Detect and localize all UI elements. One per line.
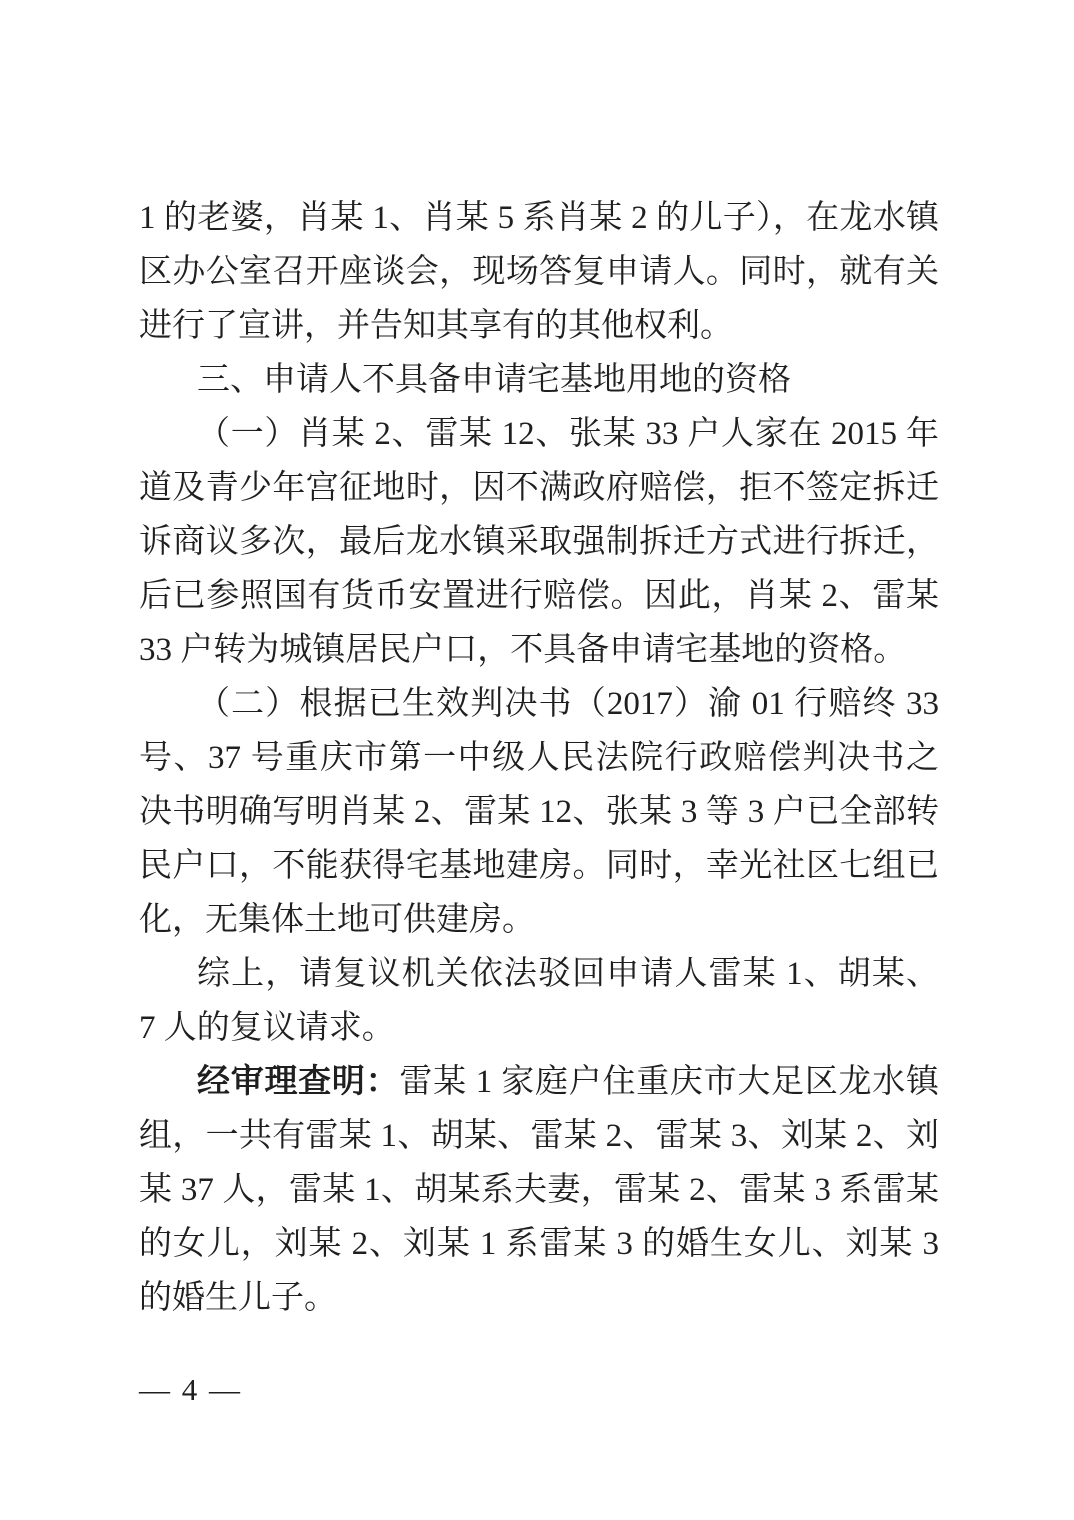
- text-line: 的婚生儿子。: [139, 1271, 939, 1325]
- page-number: — 4 —: [139, 1368, 242, 1412]
- text-line: 进行了宣讲，并告知其享有的其他权利。: [139, 299, 939, 353]
- text-line: 组，一共有雷某 1、胡某、雷某 2、雷某 3、刘某 2、刘某 1、刘: [139, 1109, 939, 1163]
- text-line: （二）根据已生效判决书（2017）渝 01 行赔终 33 号、36: [139, 677, 939, 731]
- text-line: 的女儿，刘某 2、刘某 1 系雷某 3 的婚生女儿、刘某 3 系雷某 3: [139, 1217, 939, 1271]
- text-line: 道及青少年宫征地时，因不满政府赔偿，拒不签定拆迁协议，起: [139, 461, 939, 515]
- text-line: 某 37 人，雷某 1、胡某系夫妻，雷某 2、雷某 3 系雷某 1、胡某: [139, 1163, 939, 1217]
- text-line: （一）肖某 2、雷某 12、张某 33 户人家在 2015 年修龙棠大: [139, 407, 939, 461]
- text-line: 33 户转为城镇居民户口，不具备申请宅基地的资格。: [139, 623, 939, 677]
- text-lines: 1 的老婆，肖某 1、肖某 5 系肖某 2 的儿子），在龙水镇幸光社区办公室召开…: [139, 191, 939, 1325]
- text-line: 后已参照国有货币安置进行赔偿。因此，肖某 2、雷某 12、张某: [139, 569, 939, 623]
- text-line: 民户口，不能获得宅基地建房。同时，幸光社区七组已完全城镇: [139, 839, 939, 893]
- document-page: 1 的老婆，肖某 1、肖某 5 系肖某 2 的儿子），在龙水镇幸光社区办公室召开…: [0, 0, 1074, 1520]
- text-line: 区办公室召开座谈会，现场答复申请人。同时，就有关法律法规: [139, 245, 939, 299]
- text-line: 诉商议多次，最后龙水镇采取强制拆迁方式进行拆迁，房屋拆迁: [139, 515, 939, 569]
- text-line: 号、37 号重庆市第一中级人民法院行政赔偿判决书之内容，判: [139, 731, 939, 785]
- text-line: 三、申请人不具备申请宅基地用地的资格: [139, 353, 939, 407]
- text-line: 综上，请复议机关依法驳回申请人雷某 1、胡某、雷某 2 等: [139, 947, 939, 1001]
- text-line: 化，无集体土地可供建房。: [139, 893, 939, 947]
- text-line: 经审理查明：雷某 1 家庭户住重庆市大足区龙水镇幸光村七: [139, 1055, 939, 1109]
- text-line: 决书明确写明肖某 2、雷某 12、张某 3 等 3 户已全部转为城镇居: [139, 785, 939, 839]
- text-line: 1 的老婆，肖某 1、肖某 5 系肖某 2 的儿子），在龙水镇幸光社: [139, 191, 939, 245]
- text-line: 7 人的复议请求。: [139, 1001, 939, 1055]
- bold-lead-in: 经审理查明：: [197, 1064, 399, 1100]
